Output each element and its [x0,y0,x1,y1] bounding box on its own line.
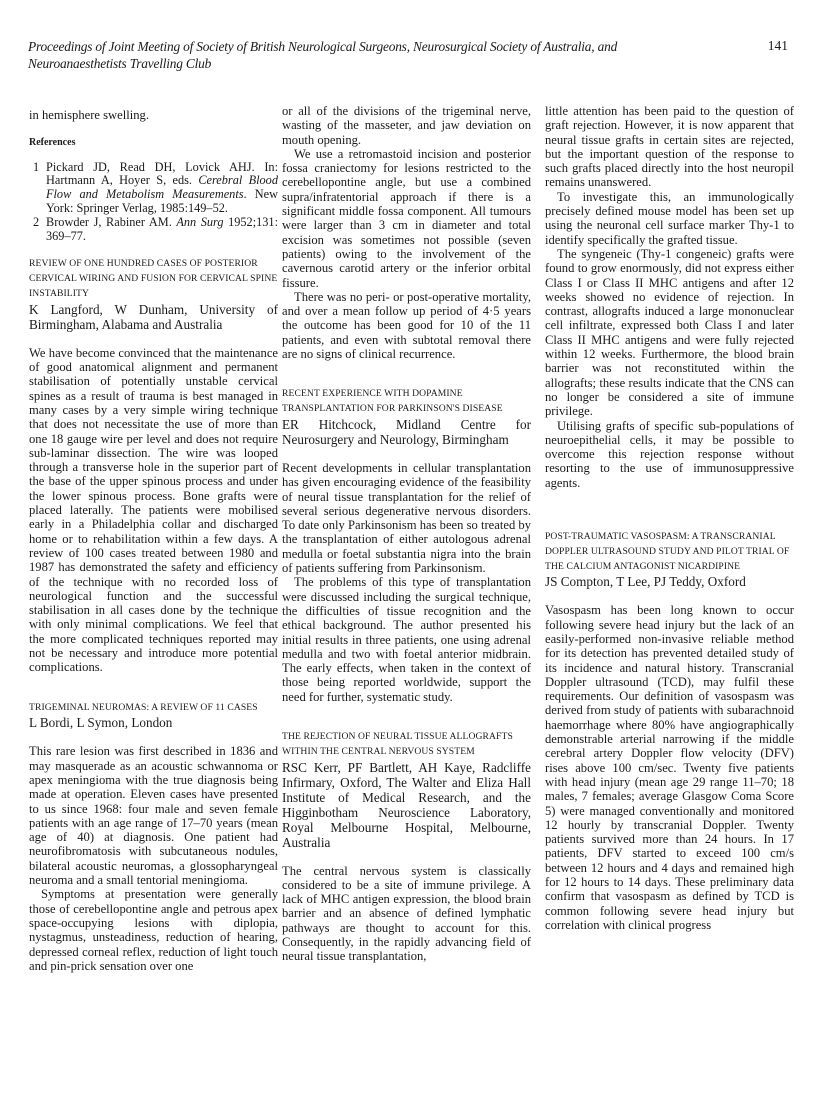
column-2: or all of the divisions of the trigemina… [282,104,531,964]
reference-item: 1 Pickard JD, Read DH, Lovick AHJ. In: H… [33,161,278,216]
article-authors: K Langford, W Dunham, University of Birm… [29,302,278,332]
article-body: or all of the divisions of the trigemina… [282,104,531,147]
article-title: TRIGEMINAL NEUROMAS: A REVIEW OF 11 CASE… [29,701,278,716]
page-number: 141 [768,38,788,54]
article-body: little attention has been paid to the qu… [545,104,794,190]
article-authors: RSC Kerr, PF Bartlett, AH Kaye, Radcliff… [282,760,531,850]
reference-item: 2 Browder J, Rabiner AM. Ann Surg 1952;1… [33,216,278,244]
article-body: This rare lesion was first described in … [29,744,278,887]
running-header: Proceedings of Joint Meeting of Society … [28,38,788,72]
article-body: Symptoms at presentation were generally … [29,887,278,973]
article-title: REVIEW OF ONE HUNDRED CASES OF POSTERIOR… [29,257,278,301]
article-body: Recent developments in cellular transpla… [282,461,531,575]
article-authors: L Bordi, L Symon, London [29,715,278,730]
article-body: Vasospasm has been long known to occur f… [545,603,794,932]
article-body: We use a retromastoid incision and poste… [282,147,531,290]
article-authors: JS Compton, T Lee, PJ Teddy, Oxford [545,574,794,589]
article-title: THE REJECTION OF NEURAL TISSUE ALLOGRAFT… [282,730,531,760]
article-body: Utilising grafts of specific sub-populat… [545,419,794,490]
article-body: To investigate this, an immunologically … [545,190,794,247]
article-title: POST-TRAUMATIC VASOSPASM: A TRANSCRANIAL… [545,530,794,574]
article-body: The syngeneic (Thy-1 congeneic) grafts w… [545,247,794,419]
article-body: There was no peri- or post-operative mor… [282,290,531,361]
article-body: The problems of this type of transplanta… [282,575,531,704]
journal-title: Proceedings of Joint Meeting of Society … [28,38,718,72]
continuation-text: in hemisphere swelling. [29,108,278,122]
article-body: We have become convinced that the mainte… [29,346,278,675]
article-authors: ER Hitchcock, Midland Centre for Neurosu… [282,417,531,447]
article-title: RECENT EXPERIENCE WITH DOPAMINE TRANSPLA… [282,387,531,417]
article-body: The central nervous system is classicall… [282,864,531,964]
column-3: little attention has been paid to the qu… [545,104,794,932]
column-1: in hemisphere swelling. References 1 Pic… [29,108,278,973]
references-heading: References [29,136,278,150]
